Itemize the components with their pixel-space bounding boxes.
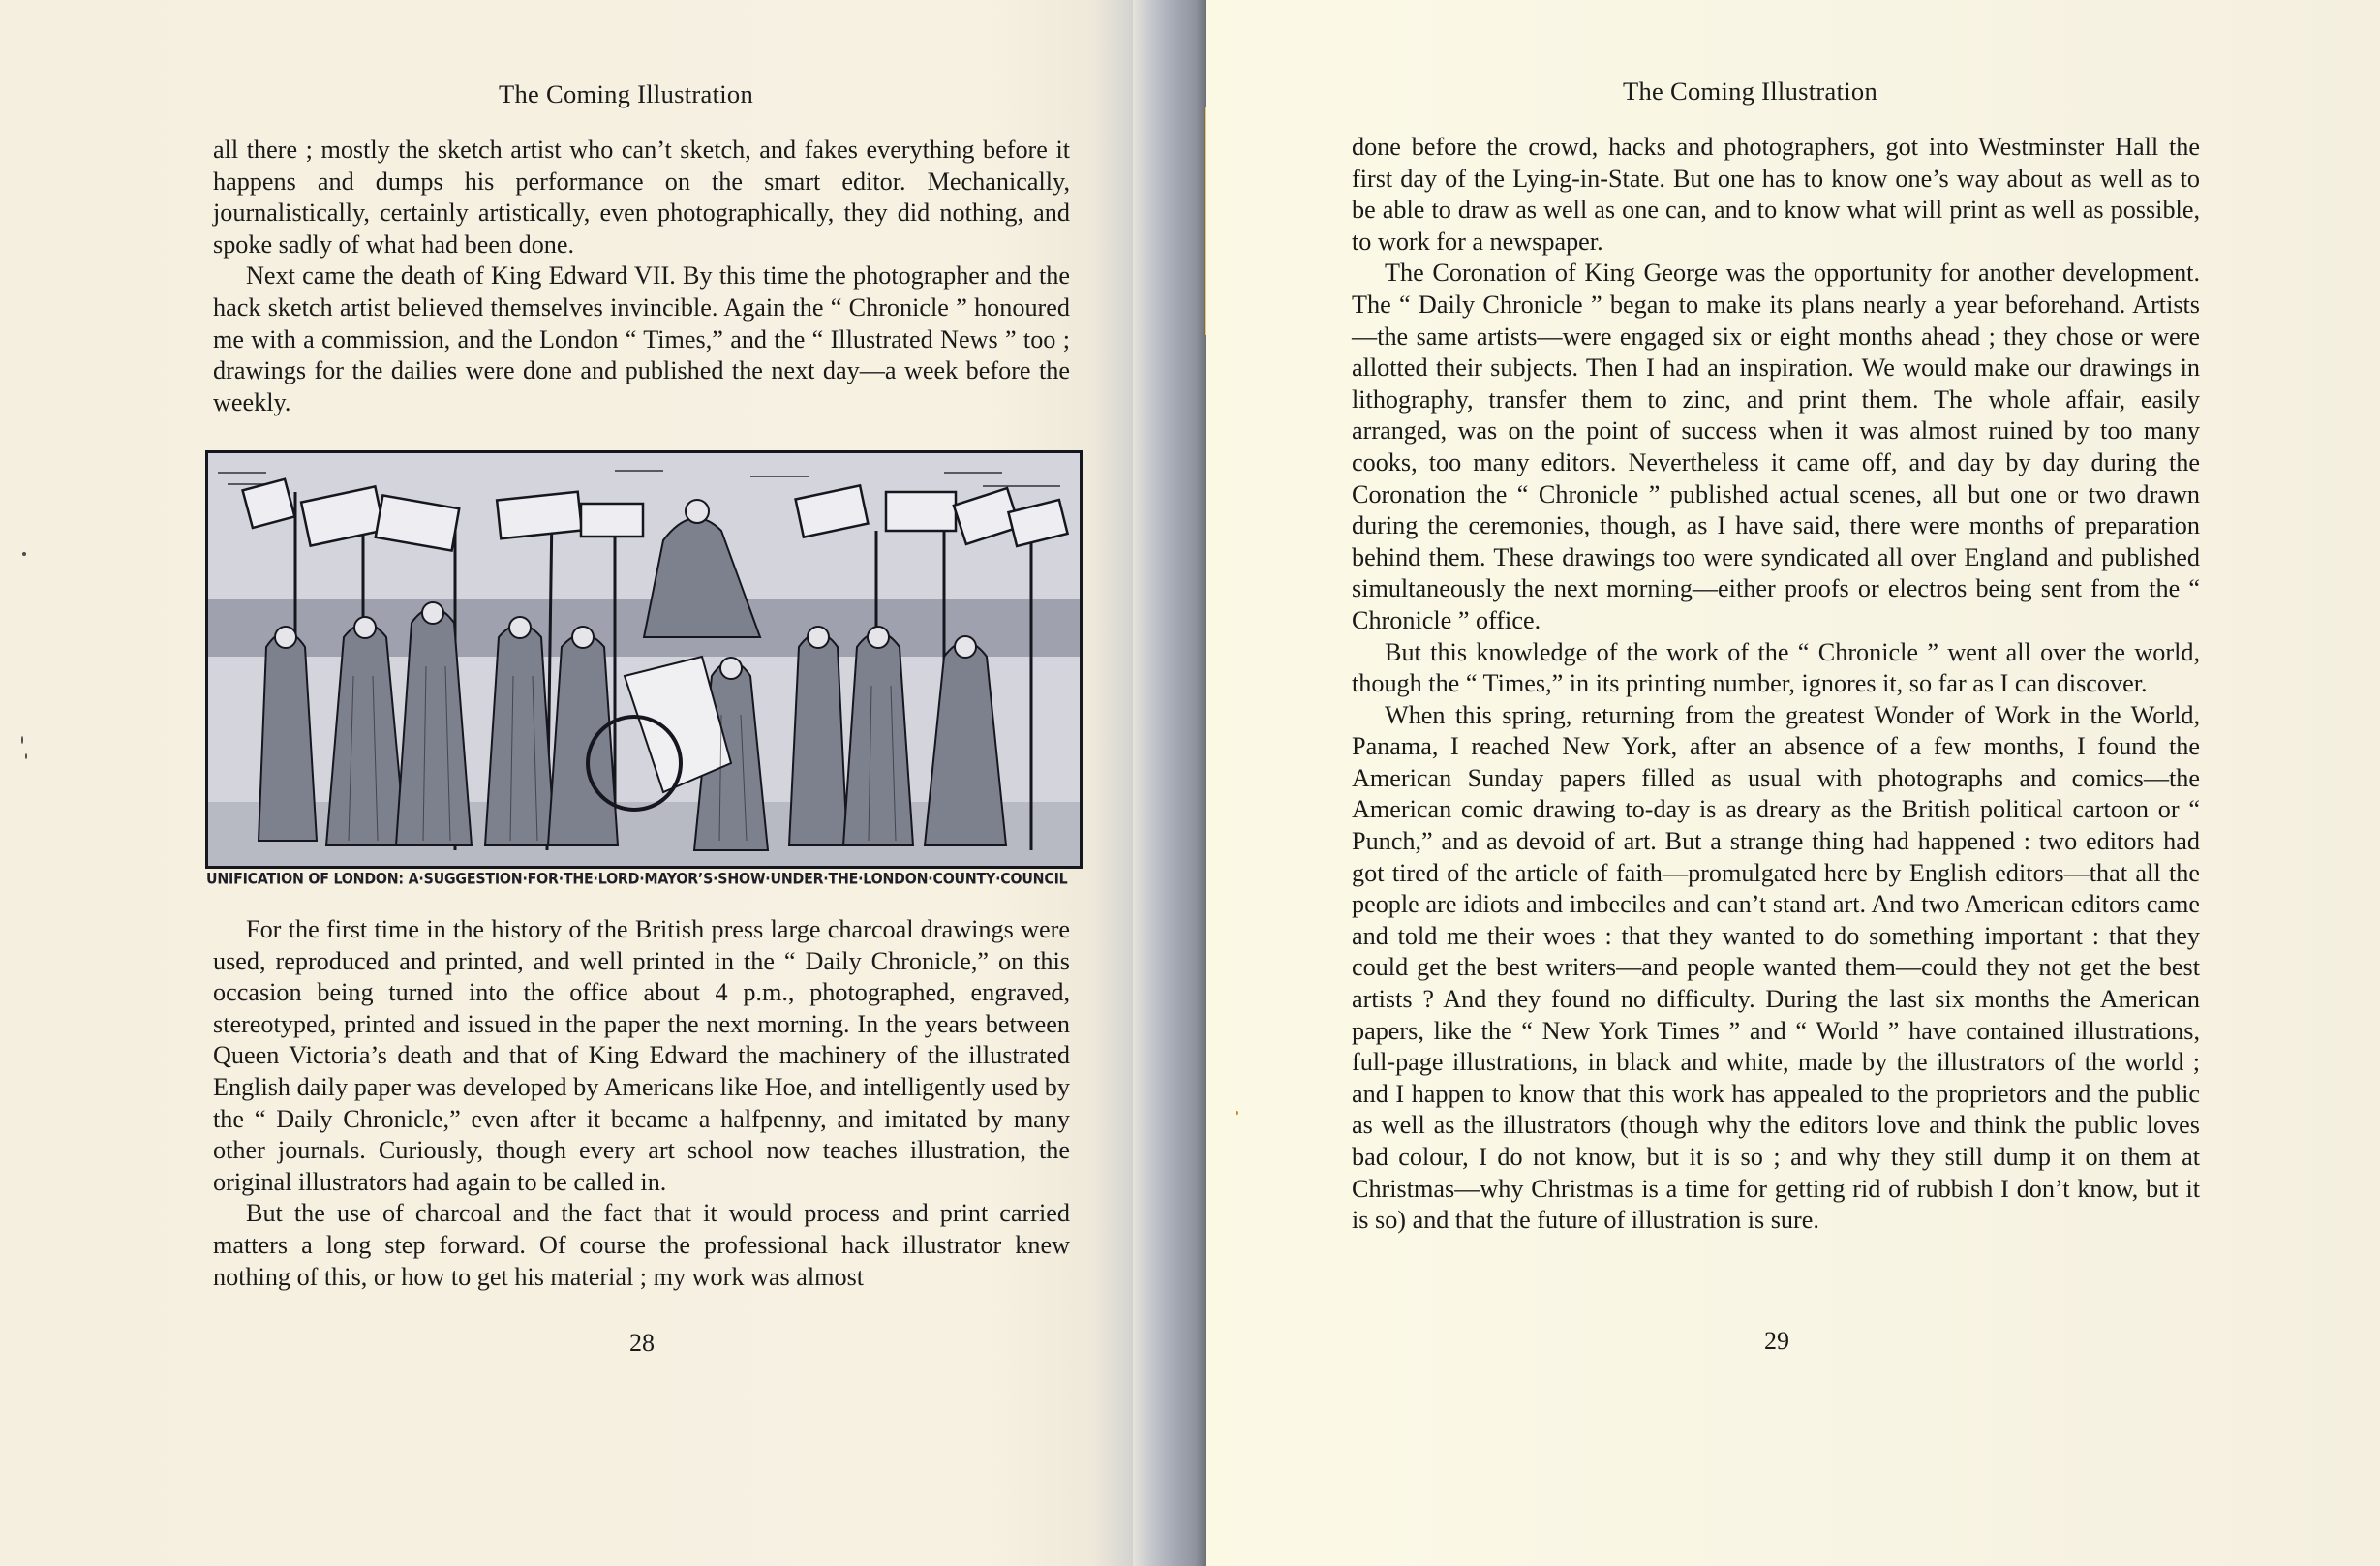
- left-page: The Coming Illustration all there ; most…: [0, 0, 1162, 1566]
- paragraph: The Coronation of King George was the op…: [1352, 258, 2200, 636]
- running-head-left: The Coming Illustration: [499, 79, 753, 109]
- paragraph: all there ; mostly the sketch artist who…: [213, 135, 1070, 261]
- engraving-image: [208, 453, 1080, 866]
- left-text-top: all there ; mostly the sketch artist who…: [213, 135, 1070, 418]
- paragraph: For the first time in the history of the…: [213, 914, 1070, 1198]
- left-text-bottom: For the first time in the history of the…: [213, 914, 1070, 1293]
- paragraph: done before the crowd, hacks and photogr…: [1352, 132, 2200, 258]
- paper-speck: [21, 736, 23, 744]
- running-head-right: The Coming Illustration: [1623, 77, 1877, 107]
- paragraph: When this spring, returning from the gre…: [1352, 700, 2200, 1237]
- page-number-right: 29: [1764, 1327, 1789, 1356]
- paper-speck: [25, 753, 27, 759]
- right-text: done before the crowd, hacks and photogr…: [1352, 132, 2200, 1237]
- paragraph: But the use of charcoal and the fact tha…: [213, 1198, 1070, 1293]
- right-page: The Coming Illustration done before the …: [1206, 0, 2380, 1566]
- figure-caption: UNIFICATION OF LONDON: A·SUGGESTION·FOR·…: [206, 871, 1087, 888]
- paper-speck: [22, 552, 26, 556]
- page-number-left: 28: [629, 1329, 655, 1358]
- procession-illustration: [205, 450, 1083, 869]
- book-gutter: [1133, 0, 1206, 1566]
- paragraph: But this knowledge of the work of the “ …: [1352, 637, 2200, 700]
- paragraph: Next came the death of King Edward VII. …: [213, 261, 1070, 418]
- paper-speck: [1236, 1111, 1238, 1115]
